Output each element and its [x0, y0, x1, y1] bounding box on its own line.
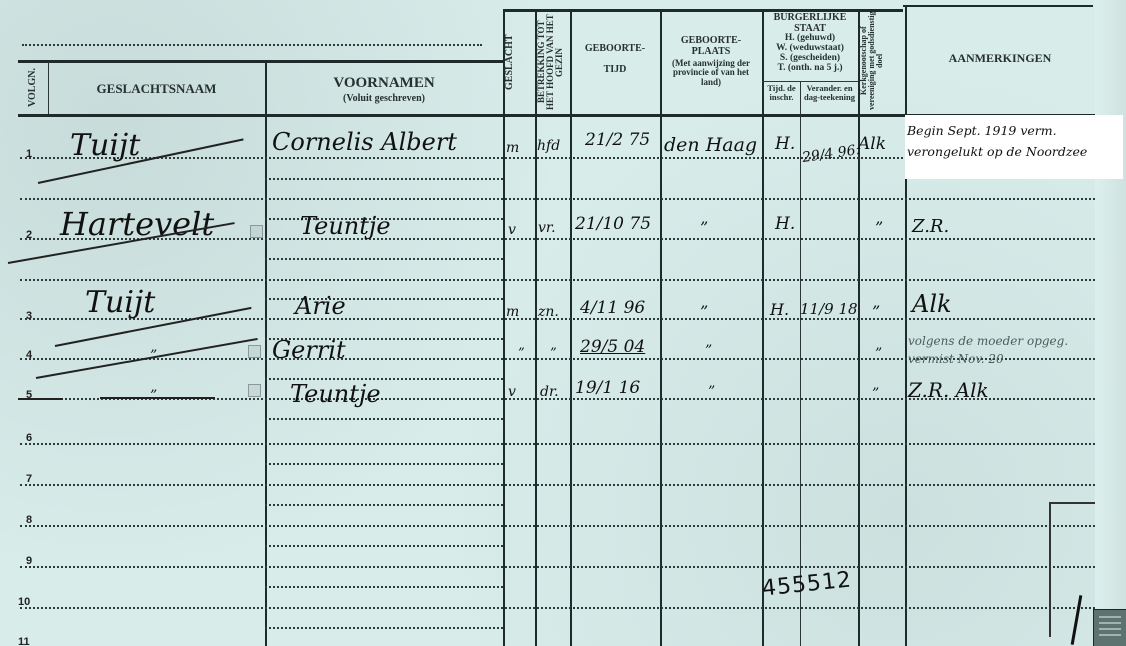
col-divider-geboortetijd	[570, 9, 572, 646]
header-geboorteplaats: GEBOORTE- PLAATS (Met aanwijzing der pro…	[662, 36, 760, 87]
row-subrule-2	[265, 258, 503, 260]
row1-birth-date: 21/2 75	[585, 130, 650, 150]
row5-sex: v	[508, 384, 516, 400]
row-rule-6	[20, 443, 1095, 445]
row-number-7: 7	[26, 473, 32, 485]
row4-remarks: volgens de moeder opgeg. vermist Nov. 20	[908, 332, 1094, 368]
row-rule-10	[20, 607, 1095, 609]
row1-relation: hfd	[537, 138, 560, 154]
col-divider-bs-sub	[800, 82, 801, 646]
row5-religion: ”	[872, 386, 879, 402]
row2-checkbox-mark	[250, 225, 263, 238]
header-top-rule-remarks	[903, 5, 1093, 7]
row5-relation: dr.	[540, 384, 559, 400]
header-betrekking: BETREKKING TOT HET HOOFD VAN HET GEZIN	[537, 12, 569, 112]
row-subrule-6	[265, 463, 503, 465]
header-geslachtsnaam: GESLACHTSNAAM	[48, 82, 265, 96]
row2-surname: Hartevelt	[60, 205, 214, 243]
row3-civil-change: 11/9 18	[800, 300, 858, 318]
row-number-9: 9	[26, 555, 32, 567]
row-subrule-9	[265, 586, 503, 588]
row2-religion: ”	[875, 218, 883, 237]
row1-sex: m	[506, 140, 519, 156]
row-number-2: 2	[26, 229, 32, 241]
row-number-4: 4	[26, 349, 32, 361]
row-number-10: 10	[18, 596, 30, 608]
row1-religion: Alk	[858, 134, 886, 154]
row3-sex: m	[506, 304, 519, 320]
header-bs-verander: Verander. en dag-teekening	[801, 84, 858, 102]
row3-birth-place: ”	[700, 302, 708, 321]
col-divider-burgerlijke-staat	[762, 9, 764, 646]
row5-birth-date: 19/1 16	[575, 378, 640, 398]
row5-birth-place: ”	[708, 384, 715, 400]
header-geboorteplaats-line1: GEBOORTE-	[662, 36, 760, 47]
row5-checkbox-mark	[248, 384, 261, 397]
row5-given-names: Teuntje	[290, 380, 381, 408]
header-volgnummer: VOLGN.	[28, 64, 46, 112]
row1-civil-status: H.	[775, 134, 795, 154]
strike-through-row5-num	[18, 398, 63, 400]
row1-surname: Tuijt	[70, 128, 140, 163]
row2-birth-date: 21/10 75	[575, 214, 651, 234]
row2-given-names: Teuntje	[300, 212, 391, 240]
col-divider-aanmerkingen	[905, 5, 907, 646]
row-number-1: 1	[26, 148, 32, 160]
row4-sex: ”	[518, 346, 525, 361]
row-subrule-5	[265, 418, 503, 420]
header-kerkgenootschap: Kerkgenootschap of vereeniging met godsd…	[860, 10, 903, 112]
row3-birth-date: 4/11 96	[580, 298, 645, 318]
row-subrule-10	[265, 627, 503, 629]
row1-birth-place: den Haag	[664, 134, 757, 156]
row4-checkbox-mark	[248, 345, 261, 358]
row1-remarks: Begin Sept. 1919 verm. verongelukt op de…	[907, 120, 1121, 162]
pencil-bracket-top	[1049, 502, 1095, 504]
row-rule-8	[20, 525, 1095, 527]
header-geboorteplaats-line2: PLAATS	[662, 47, 760, 58]
header-geboortetijd: GEBOORTE- TIJD	[570, 44, 660, 75]
bs-sub-rule	[762, 81, 858, 82]
thumbnail-icon[interactable]	[1093, 609, 1126, 646]
header-top-rule-left	[18, 60, 503, 63]
header-geboortetijd-line2: TIJD	[570, 65, 660, 76]
row1-given-names: Cornelis Albert	[272, 128, 457, 156]
header-aanmerkingen: AANMERKINGEN	[905, 52, 1095, 65]
strike-through-row5	[100, 397, 215, 399]
header-bs-t: T. (onth. na 5 j.)	[763, 64, 857, 74]
col-divider-voornamen	[265, 62, 267, 646]
row3-surname: Tuijt	[85, 285, 155, 320]
row4-religion: ”	[875, 346, 882, 362]
row2-remarks: Z.R.	[912, 216, 949, 237]
row-rule-2b	[20, 279, 1095, 281]
row2-sex: v	[508, 222, 516, 238]
row2-relation: vr.	[538, 220, 556, 236]
row3-given-names: Arie	[295, 292, 346, 320]
card-edge	[1095, 0, 1126, 646]
row5-remarks: Z.R. Alk	[908, 378, 989, 402]
header-voornamen: VOORNAMEN	[265, 76, 503, 92]
row-rule-1b	[20, 198, 1095, 200]
row3-civil-status: H.	[770, 300, 789, 319]
header-geslacht: GESLACHT	[505, 14, 533, 110]
row4-relation: ”	[550, 346, 557, 361]
row-rule-7	[20, 484, 1095, 486]
header-geboortetijd-line1: GEBOORTE-	[570, 44, 660, 55]
row-number-8: 8	[26, 514, 32, 526]
header-voornamen-sub: (Voluit geschreven)	[265, 94, 503, 105]
row2-civil-status: H.	[775, 214, 795, 234]
row-subrule-8	[265, 545, 503, 547]
row3-relation: zn.	[538, 304, 559, 320]
row-rule-9	[20, 566, 1095, 568]
row2-birth-place: ”	[700, 218, 708, 237]
row-subrule-7	[265, 504, 503, 506]
row-number-6: 6	[26, 432, 32, 444]
row4-birth-place: ”	[705, 343, 712, 359]
row5-surname: ”	[150, 388, 157, 404]
header-bs-title: BURGERLIJKE STAAT	[763, 13, 857, 34]
row-number-11: 11	[18, 636, 30, 646]
header-burgerlijke-staat: BURGERLIJKE STAAT H. (gehuwd) W. (weduws…	[763, 13, 857, 74]
row-number-3: 3	[26, 310, 32, 322]
top-dotted-rule	[22, 44, 482, 46]
header-bs-tijd: Tijd. de inschr.	[763, 84, 800, 102]
col-divider-geboorteplaats	[660, 9, 662, 646]
pencil-bracket-side	[1049, 502, 1051, 637]
row3-religion: ”	[872, 302, 880, 321]
row4-given-names: Gerrit	[272, 336, 346, 364]
header-geboorteplaats-sub: (Met aanwijzing der provincie of van het…	[662, 59, 760, 87]
row3-remarks: Alk	[912, 290, 952, 318]
row-subrule-1	[265, 178, 503, 180]
row4-birth-date: 29/5 04	[580, 337, 645, 357]
